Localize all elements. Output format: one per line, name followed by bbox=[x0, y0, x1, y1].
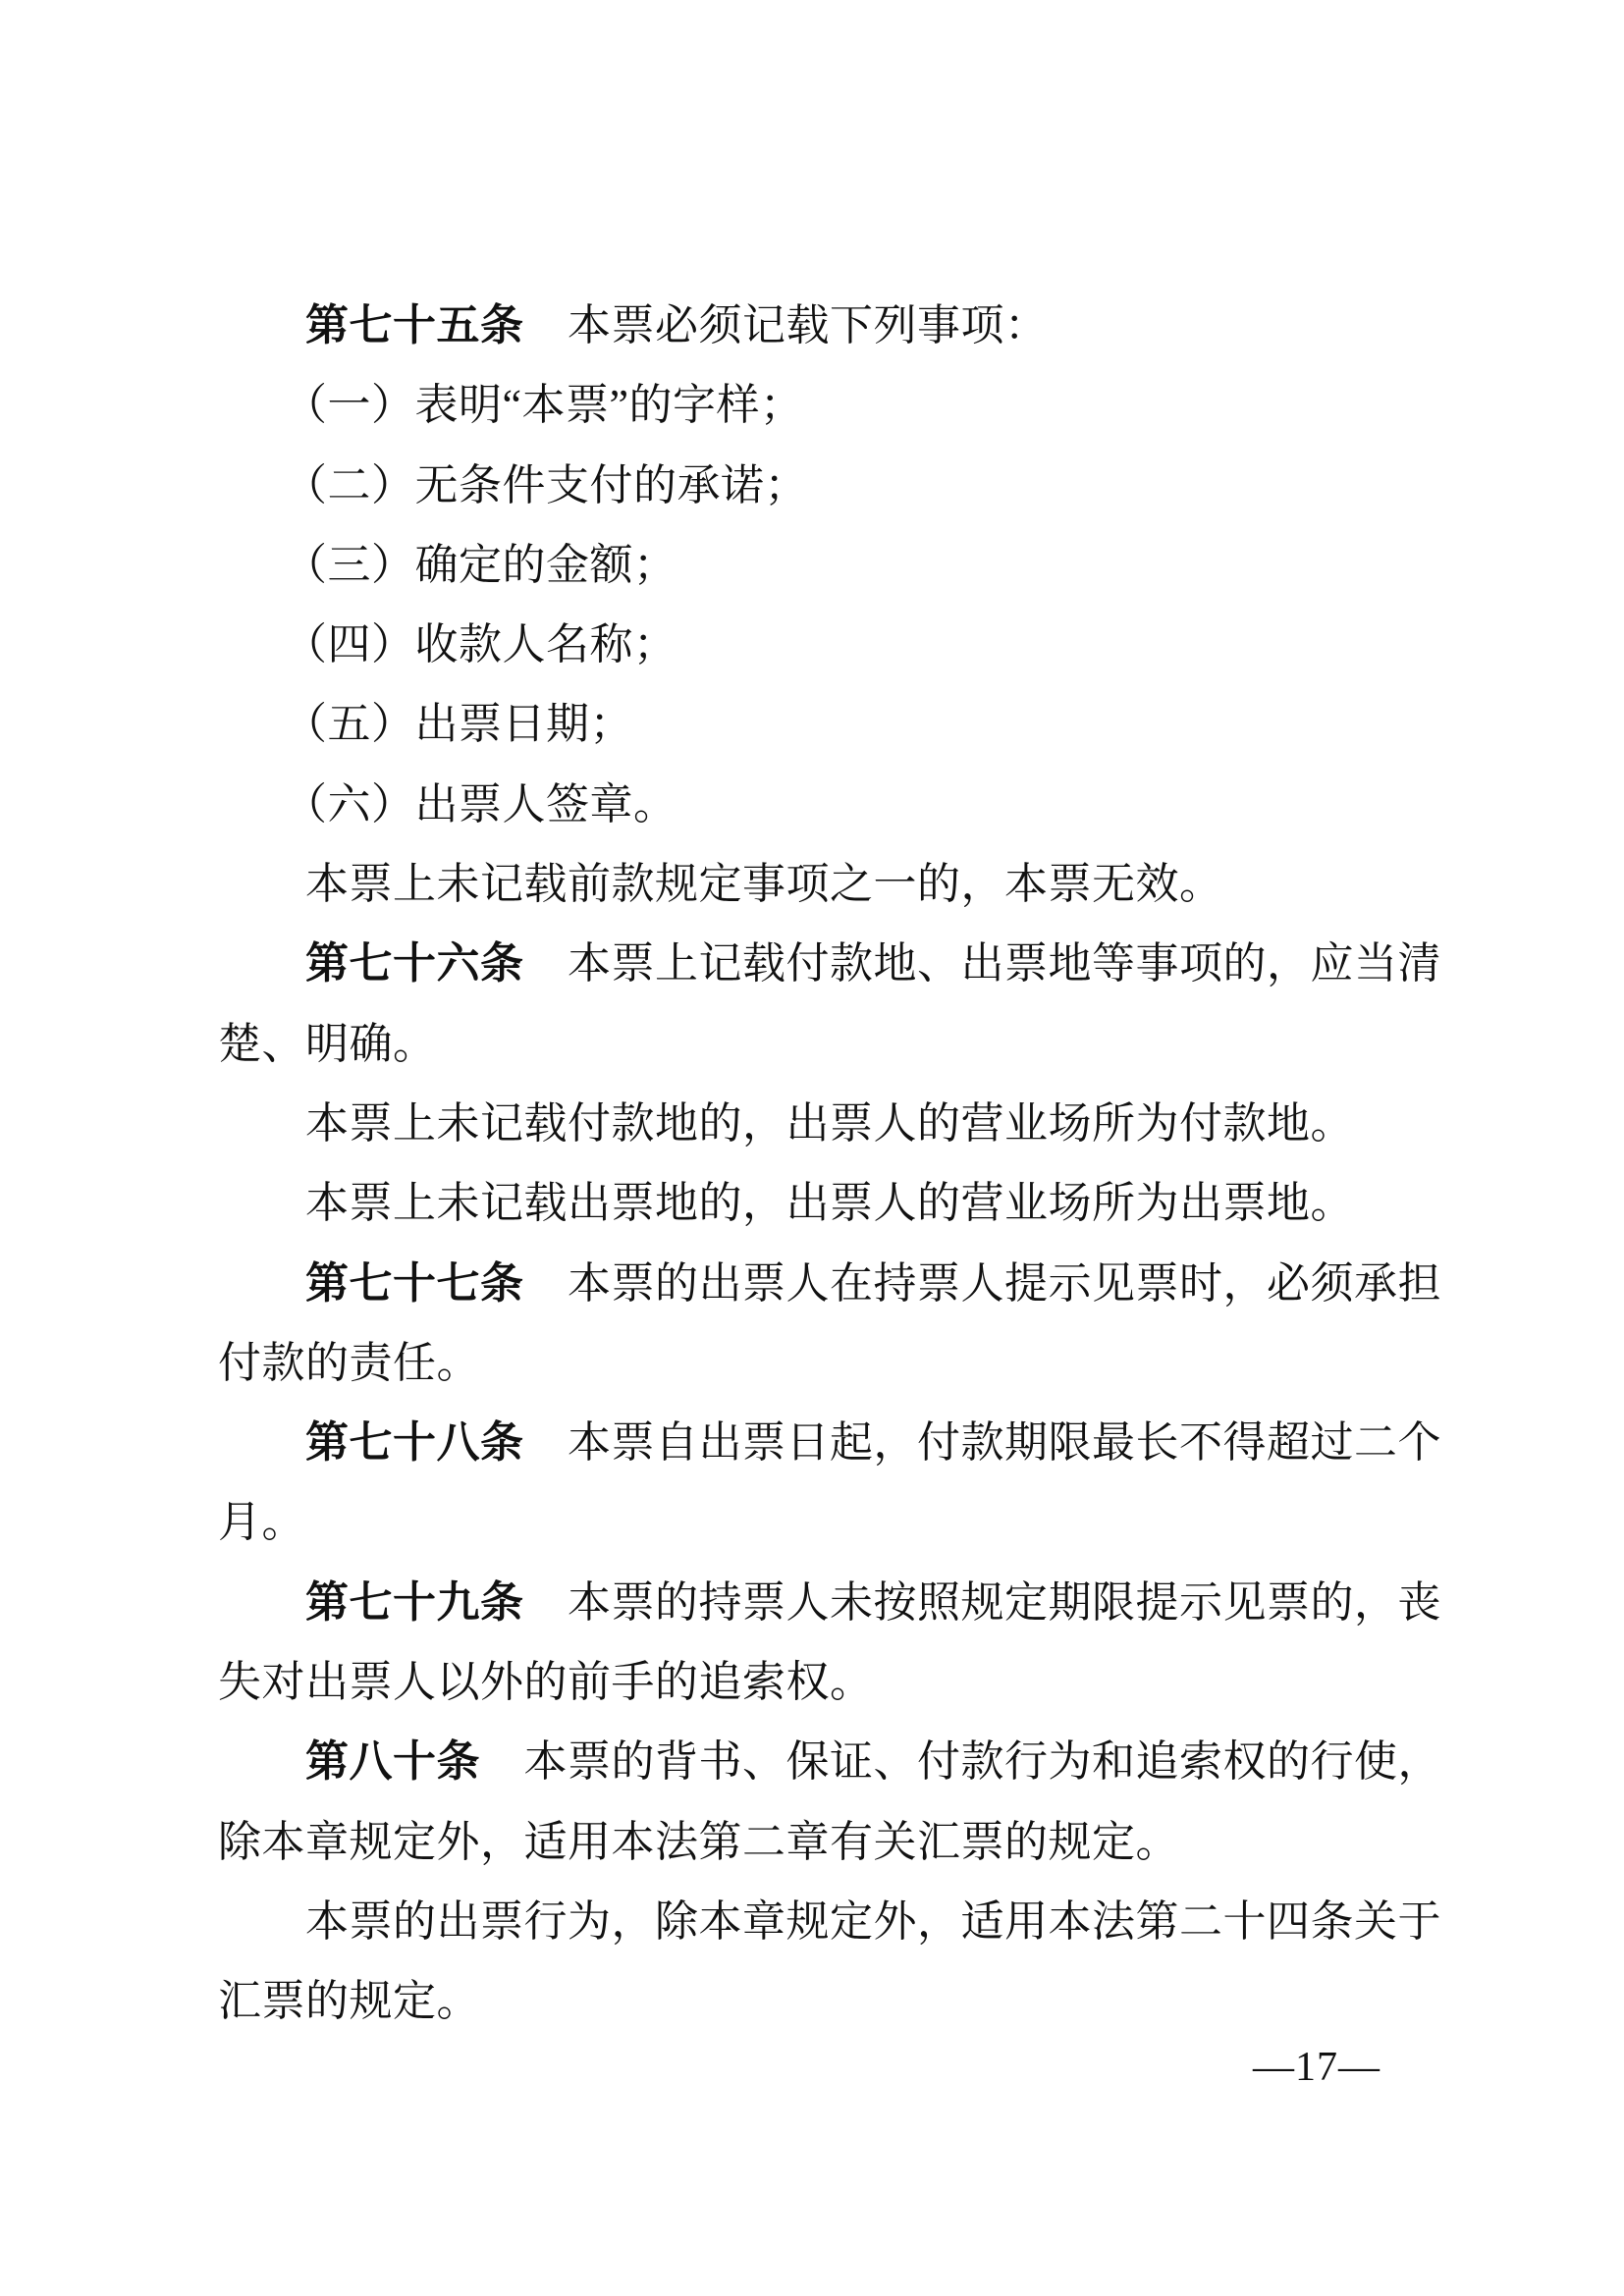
indent bbox=[218, 860, 305, 908]
page-number: —17— bbox=[1253, 2044, 1380, 2091]
article-number: 第七十八条 bbox=[305, 1418, 524, 1467]
line-text: 本票上记载付款地、出票地等事项的，应当清 bbox=[524, 939, 1442, 988]
line-text: （一）表明“本票”的字样； bbox=[305, 381, 804, 429]
line-text: 本票的出票行为，除本章规定外，适用本法第二十四条关于 bbox=[305, 1897, 1441, 1946]
text-line: 月。 bbox=[218, 1482, 1475, 1562]
indent bbox=[218, 1099, 305, 1148]
text-line: （四）收款人名称； bbox=[218, 605, 1475, 684]
indent bbox=[218, 381, 305, 429]
text-line: 本票上未记载前款规定事项之一的，本票无效。 bbox=[218, 844, 1475, 924]
indent bbox=[218, 1418, 305, 1467]
article-number: 第七十六条 bbox=[305, 939, 524, 988]
text-line: （六）出票人签章。 bbox=[218, 765, 1475, 844]
line-text: 除本章规定外，适用本法第二章有关汇票的规定。 bbox=[218, 1818, 1179, 1866]
indent bbox=[218, 541, 305, 589]
indent bbox=[218, 461, 305, 509]
text-line: 除本章规定外，适用本法第二章有关汇票的规定。 bbox=[218, 1802, 1475, 1882]
text-line: （一）表明“本票”的字样； bbox=[218, 365, 1475, 445]
line-text: 月。 bbox=[218, 1498, 305, 1546]
text-line: 第八十条 本票的背书、保证、付款行为和追索权的行使， bbox=[218, 1722, 1475, 1801]
document-page: 第七十五条 本票必须记载下列事项： （一）表明“本票”的字样； （二）无条件支付… bbox=[0, 0, 1624, 2296]
text-line: 付款的责任。 bbox=[218, 1323, 1475, 1403]
line-text: 失对出票人以外的前手的追索权。 bbox=[218, 1658, 874, 1706]
document-text-block: 第七十五条 本票必须记载下列事项： （一）表明“本票”的字样； （二）无条件支付… bbox=[218, 286, 1475, 2042]
text-line: （二）无条件支付的承诺； bbox=[218, 446, 1475, 525]
line-text: 本票上未记载出票地的，出票人的营业场所为出票地。 bbox=[305, 1179, 1354, 1227]
indent bbox=[218, 780, 305, 828]
line-text: （四）收款人名称； bbox=[305, 620, 677, 668]
text-line: 第七十五条 本票必须记载下列事项： bbox=[218, 286, 1475, 365]
line-text: 本票自出票日起，付款期限最长不得超过二个 bbox=[524, 1418, 1442, 1467]
indent bbox=[218, 1737, 305, 1786]
text-line: （三）确定的金额； bbox=[218, 525, 1475, 605]
line-text: （二）无条件支付的承诺； bbox=[305, 461, 808, 509]
line-text: 本票的背书、保证、付款行为和追索权的行使， bbox=[480, 1737, 1441, 1786]
indent bbox=[218, 939, 305, 988]
text-line: （五）出票日期； bbox=[218, 684, 1475, 764]
line-text: 本票上未记载前款规定事项之一的，本票无效。 bbox=[305, 860, 1223, 908]
line-text: （三）确定的金额； bbox=[305, 541, 677, 589]
indent bbox=[218, 700, 305, 748]
text-line: 楚、明确。 bbox=[218, 1004, 1475, 1084]
text-line: 失对出票人以外的前手的追索权。 bbox=[218, 1642, 1475, 1722]
text-line: 本票上未记载出票地的，出票人的营业场所为出票地。 bbox=[218, 1163, 1475, 1243]
line-text: 汇票的规定。 bbox=[218, 1977, 480, 2025]
indent bbox=[218, 1578, 305, 1627]
text-line: 本票上未记载付款地的，出票人的营业场所为付款地。 bbox=[218, 1084, 1475, 1163]
text-line: 第七十九条 本票的持票人未按照规定期限提示见票的，丧 bbox=[218, 1563, 1475, 1642]
indent bbox=[218, 1179, 305, 1227]
indent bbox=[218, 1259, 305, 1308]
indent bbox=[218, 1897, 305, 1946]
text-line: 第七十六条 本票上记载付款地、出票地等事项的，应当清 bbox=[218, 924, 1475, 1003]
line-text: （五）出票日期； bbox=[305, 700, 633, 748]
line-text: （六）出票人签章。 bbox=[305, 780, 677, 828]
text-line: 第七十八条 本票自出票日起，付款期限最长不得超过二个 bbox=[218, 1403, 1475, 1482]
article-number: 第七十五条 bbox=[305, 301, 524, 349]
article-number: 第七十九条 bbox=[305, 1578, 524, 1627]
line-text: 付款的责任。 bbox=[218, 1339, 480, 1387]
indent bbox=[218, 301, 305, 349]
text-line: 第七十七条 本票的出票人在持票人提示见票时，必须承担 bbox=[218, 1244, 1475, 1323]
line-text: 本票必须记载下列事项： bbox=[524, 301, 1049, 349]
text-line: 本票的出票行为，除本章规定外，适用本法第二十四条关于 bbox=[218, 1882, 1475, 1961]
line-text: 楚、明确。 bbox=[218, 1020, 437, 1068]
line-text: 本票的持票人未按照规定期限提示见票的，丧 bbox=[524, 1578, 1442, 1627]
line-text: 本票上未记载付款地的，出票人的营业场所为付款地。 bbox=[305, 1099, 1354, 1148]
line-text: 本票的出票人在持票人提示见票时，必须承担 bbox=[524, 1259, 1442, 1308]
indent bbox=[218, 620, 305, 668]
article-number: 第八十条 bbox=[305, 1737, 480, 1786]
article-number: 第七十七条 bbox=[305, 1259, 524, 1308]
text-line: 汇票的规定。 bbox=[218, 1961, 1475, 2041]
